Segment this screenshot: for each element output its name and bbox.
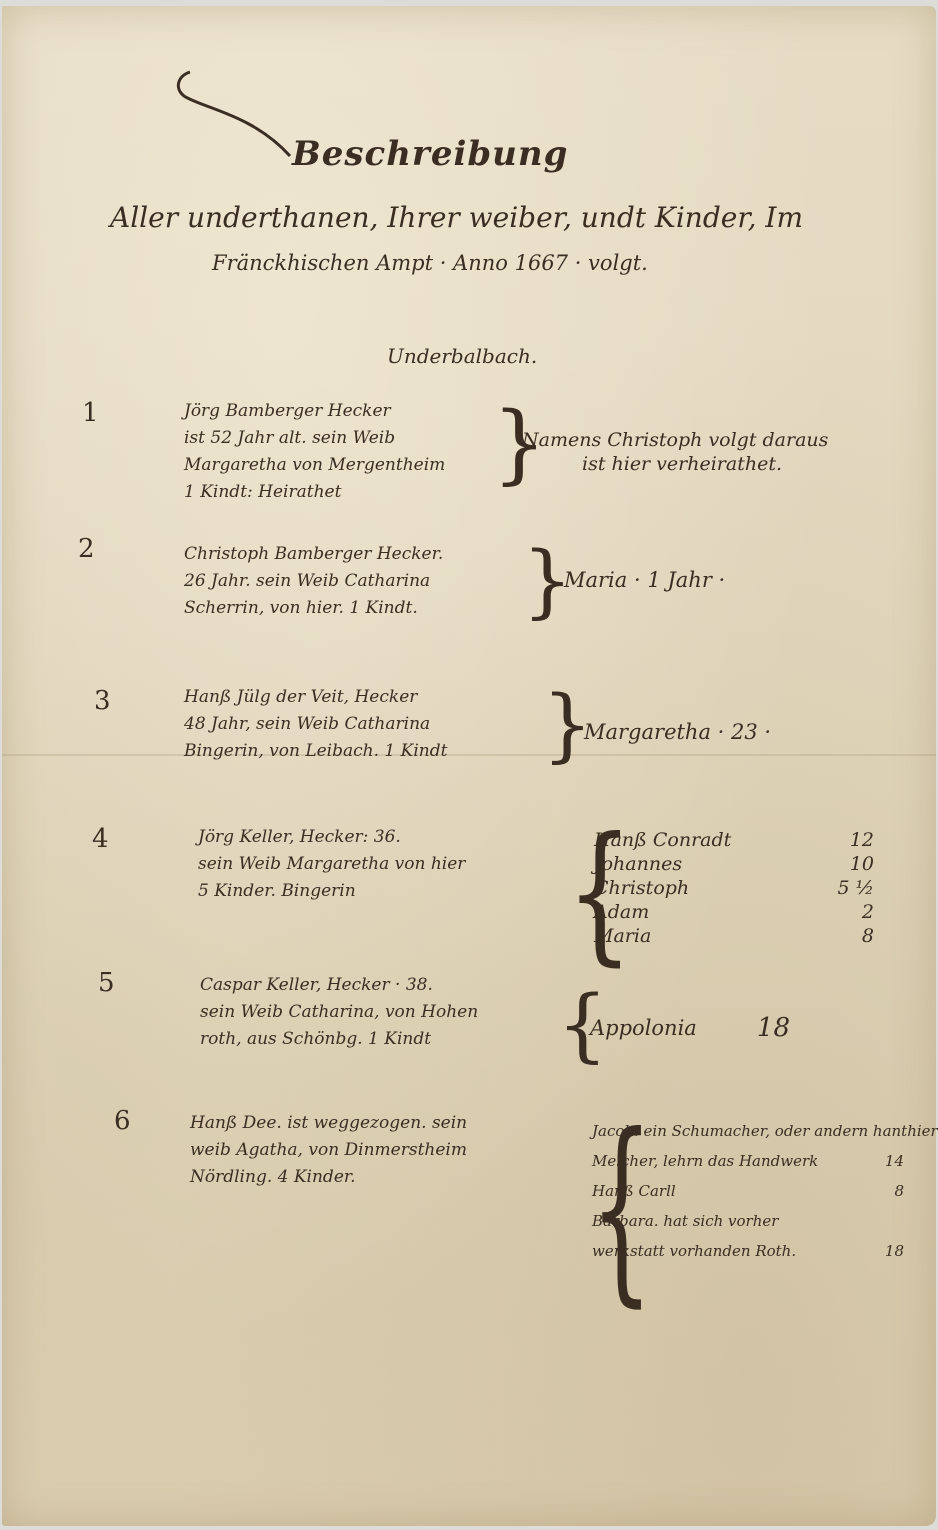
entry-number: 4 — [92, 824, 109, 854]
child-name: Hanß Conradt — [594, 828, 731, 852]
entry-line: 26 Jahr. sein Weib Catharina — [184, 568, 443, 595]
child-name: Christoph — [594, 876, 689, 900]
entry-2-children: Maria · 1 Jahr · — [564, 568, 725, 592]
entry-4-children: Hanß Conradt12 Johannes10 Christoph5 ½ A… — [594, 828, 874, 948]
child-row: werkstatt vorhanden Roth.18 — [592, 1236, 904, 1266]
child-name: Maria — [594, 924, 651, 948]
child-age: 2 — [862, 900, 874, 924]
child-row: Maria8 — [594, 924, 874, 948]
manuscript-page: Beschreibung Aller underthanen, Ihrer we… — [2, 6, 936, 1526]
entry-number: 3 — [94, 686, 111, 716]
child-age: 5 ½ — [837, 876, 874, 900]
entry-6-text: Hanß Dee. ist weggezogen. sein weib Agat… — [190, 1110, 467, 1191]
entry-line: sein Weib Catharina, von Hohen — [200, 999, 478, 1026]
child-age: 10 — [850, 852, 874, 876]
entry-6-children: Jacob. ein Schumacher, oder andern hanth… — [592, 1116, 904, 1266]
entry-line: Margaretha von Mergentheim — [184, 452, 445, 479]
entry-4-text: Jörg Keller, Hecker: 36. sein Weib Marga… — [198, 824, 465, 905]
entry-number: 1 — [82, 398, 99, 428]
child-note: Namens Christoph volgt daraus — [522, 428, 828, 452]
child-name: Melcher, lehrn das Handwerk — [592, 1146, 818, 1176]
title-flourish-icon — [172, 66, 312, 176]
child-row: Johannes10 — [594, 852, 874, 876]
child-name: Appolonia — [590, 1016, 697, 1040]
child-name: Johannes — [594, 852, 682, 876]
child-row: Christoph5 ½ — [594, 876, 874, 900]
child-age: 14 — [885, 1146, 904, 1176]
entry-line: Caspar Keller, Hecker · 38. — [200, 972, 478, 999]
entry-1-text: Jörg Bamberger Hecker ist 52 Jahr alt. s… — [184, 398, 445, 506]
entry-line: Christoph Bamberger Hecker. — [184, 541, 443, 568]
entry-2-text: Christoph Bamberger Hecker. 26 Jahr. sei… — [184, 541, 443, 622]
child-name: Hanß Carll — [592, 1176, 676, 1206]
child-name: werkstatt vorhanden Roth. — [592, 1236, 796, 1266]
child-row: Melcher, lehrn das Handwerk14 — [592, 1146, 904, 1176]
entry-3-children: Margaretha · 23 · — [584, 720, 771, 744]
child-age: 8 — [862, 924, 874, 948]
child-note: ist hier verheirathet. — [522, 452, 828, 476]
child-age: 8 — [894, 1176, 904, 1206]
entry-line: Jörg Keller, Hecker: 36. — [198, 824, 465, 851]
child-name: Barbara. hat sich vorher — [592, 1206, 778, 1236]
document-title: Beschreibung — [292, 134, 568, 174]
entry-line: 5 Kinder. Bingerin — [198, 878, 465, 905]
child-row: Hanß Conradt12 — [594, 828, 874, 852]
entry-number: 5 — [98, 968, 115, 998]
child-age: 18 — [757, 1016, 790, 1040]
entry-line: ist 52 Jahr alt. sein Weib — [184, 425, 445, 452]
entry-1-children: Namens Christoph volgt daraus ist hier v… — [522, 428, 828, 476]
entry-line: Scherrin, von hier. 1 Kindt. — [184, 595, 443, 622]
entry-5-text: Caspar Keller, Hecker · 38. sein Weib Ca… — [200, 972, 478, 1053]
child-row: Barbara. hat sich vorher — [592, 1206, 904, 1236]
entry-number: 2 — [78, 534, 95, 564]
paper-fold-crease — [2, 754, 936, 756]
child-name: Jacob. ein Schumacher, oder andern hanth… — [592, 1116, 938, 1146]
entry-number: 6 — [114, 1106, 131, 1136]
entry-3-text: Hanß Jülg der Veit, Hecker 48 Jahr, sein… — [184, 684, 447, 765]
entry-line: weib Agatha, von Dinmerstheim — [190, 1137, 467, 1164]
entry-line: roth, aus Schönbg. 1 Kindt — [200, 1026, 478, 1053]
entry-line: Nördling. 4 Kinder. — [190, 1164, 467, 1191]
child-row: Appolonia18 — [590, 1016, 790, 1040]
child-name: Adam — [594, 900, 649, 924]
section-heading: Underbalbach. — [387, 344, 537, 368]
entry-line: 48 Jahr, sein Weib Catharina — [184, 711, 447, 738]
child-age: 18 — [885, 1236, 904, 1266]
entry-line: Bingerin, von Leibach. 1 Kindt — [184, 738, 447, 765]
entry-line: Jörg Bamberger Hecker — [184, 398, 445, 425]
child-row: Adam2 — [594, 900, 874, 924]
entry-line: 1 Kindt: Heirathet — [184, 479, 445, 506]
entry-line: sein Weib Margaretha von hier — [198, 851, 465, 878]
entry-line: Hanß Dee. ist weggezogen. sein — [190, 1110, 467, 1137]
entry-line: Hanß Jülg der Veit, Hecker — [184, 684, 447, 711]
entry-5-children: Appolonia18 — [590, 1016, 790, 1040]
child-row: Jacob. ein Schumacher, oder andern hanth… — [592, 1116, 904, 1146]
child-row: Hanß Carll8 — [592, 1176, 904, 1206]
subtitle-line-1: Aller underthanen, Ihrer weiber, undt Ki… — [110, 201, 803, 234]
child-age: 12 — [850, 828, 874, 852]
subtitle-line-2: Fränckhischen Ampt · Anno 1667 · volgt. — [212, 251, 648, 275]
